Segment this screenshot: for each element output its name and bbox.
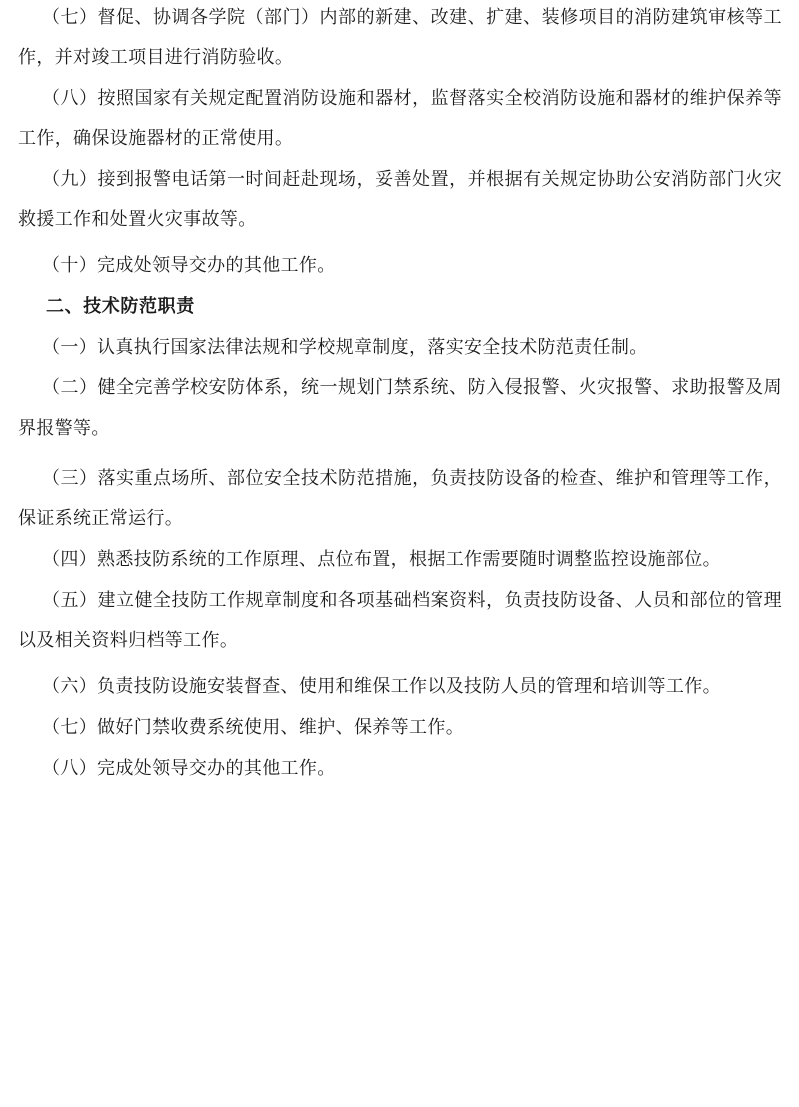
text-line: 救援工作和处置火灾事故等。 <box>18 207 782 233</box>
text-line: （十）完成处领导交办的其他工作。 <box>42 253 782 279</box>
text-line: （八）完成处领导交办的其他工作。 <box>42 756 782 782</box>
text-line: （七）督促、协调各学院（部门）内部的新建、改建、扩建、装修项目的消防建筑审核等工 <box>42 5 782 31</box>
section-heading: 二、技术防范职责 <box>46 294 799 320</box>
text-line: （六）负责技防设施安装督查、使用和维保工作以及技防人员的管理和培训等工作。 <box>42 674 782 700</box>
text-line: （四）熟悉技防系统的工作原理、点位布置，根据工作需要随时调整监控设施部位。 <box>42 547 782 573</box>
text-line: 以及相关资料归档等工作。 <box>18 628 782 654</box>
text-line: 作，并对竣工项目进行消防验收。 <box>18 45 782 71</box>
text-line: （一）认真执行国家法律法规和学校规章制度，落实安全技术防范责任制。 <box>42 335 782 361</box>
text-line: （二）健全完善学校安防体系，统一规划门禁系统、防入侵报警、火灾报警、求助报警及周 <box>42 375 782 401</box>
document-page: （七）督促、协调各学院（部门）内部的新建、改建、扩建、装修项目的消防建筑审核等工… <box>0 0 799 1107</box>
text-line: （八）按照国家有关规定配置消防设施和器材，监督落实全校消防设施和器材的维护保养等 <box>42 86 782 112</box>
text-line: 工作，确保设施器材的正常使用。 <box>18 126 782 152</box>
text-line: （三）落实重点场所、部位安全技术防范措施，负责技防设备的检查、维护和管理等工作， <box>42 466 782 492</box>
text-line: 界报警等。 <box>18 416 782 442</box>
text-line: （九）接到报警电话第一时间赶赴现场，妥善处置，并根据有关规定协助公安消防部门火灾 <box>42 167 782 193</box>
text-line: 保证系统正常运行。 <box>18 506 782 532</box>
text-line: （七）做好门禁收费系统使用、维护、保养等工作。 <box>42 715 782 741</box>
text-line: （五）建立健全技防工作规章制度和各项基础档案资料，负责技防设备、人员和部位的管理 <box>42 588 782 614</box>
